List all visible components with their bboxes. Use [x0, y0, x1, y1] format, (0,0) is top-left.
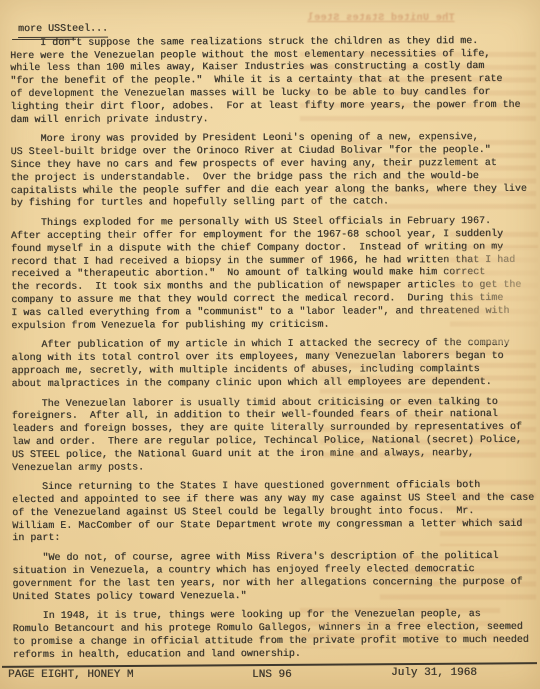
paragraph: "We do not, of course, agree with Miss R…	[12, 551, 538, 604]
paragraph: Things exploded for me personally with U…	[11, 216, 537, 333]
paragraph: Since returning to the States I have que…	[12, 480, 538, 546]
footer-issue-label: LNS 96	[252, 668, 292, 682]
paragraph: The Venezuelan laborer is usually timid …	[12, 396, 538, 475]
footer: PAGE EIGHT, HONEY M LNS 96 July 31, 1968	[0, 668, 540, 686]
typed-text-block: more USSteel... I don't suppose the same…	[10, 22, 539, 663]
heading-double-underline	[12, 38, 76, 40]
paragraph: In 1948, it is true, things were looking…	[13, 609, 539, 662]
footer-page-label: PAGE EIGHT, HONEY M	[8, 668, 133, 682]
continuation-heading: more USSteel...	[18, 24, 108, 38]
paragraph: After publication of my article in which…	[11, 338, 537, 391]
footer-date: July 31, 1968	[391, 666, 477, 680]
scanned-newsletter-page: The United States Steel more USSteel... …	[0, 0, 540, 689]
paragraph: More irony was provided by President Leo…	[10, 132, 536, 211]
paragraph: I don't suppose the same realizations st…	[10, 36, 536, 128]
